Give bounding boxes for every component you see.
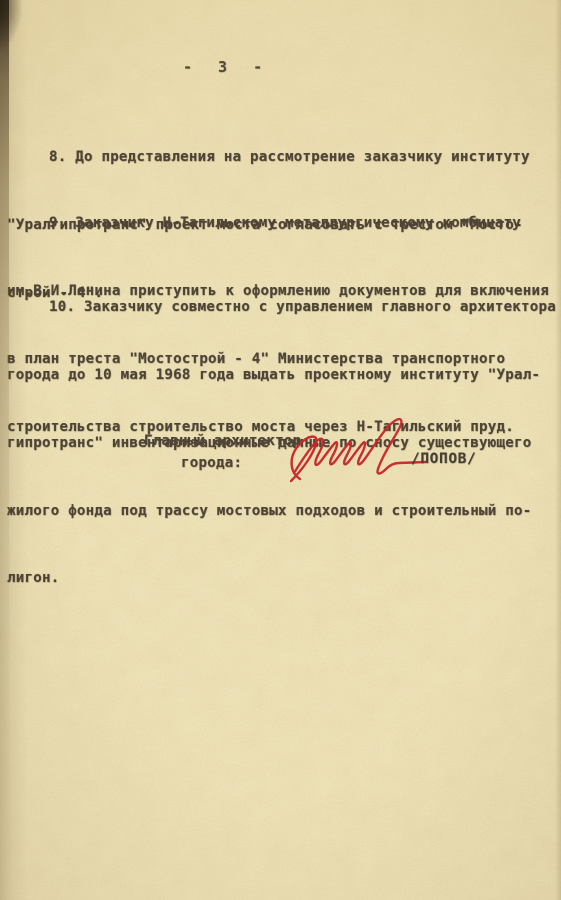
signature-scribble-icon [280, 413, 432, 487]
signatory-name: /ПОПОВ/ [411, 451, 476, 467]
document-line: города до 10 мая 1968 года выдать проект… [7, 364, 553, 387]
document-line: жилого фонда под трассу мостовых подходо… [7, 500, 553, 523]
document-line: 10. Заказчику совместно с управлением гл… [7, 296, 553, 319]
document-line: 8. До представления на рассмотрение зака… [7, 146, 553, 169]
page-number: - 3 - [183, 58, 264, 76]
top-left-corner-blot [0, 0, 23, 54]
document-line: 9. Заказчику Н-Тагильскому металлургичес… [7, 212, 553, 235]
right-edge-shadow [555, 0, 561, 900]
scanned-document-page: - 3 - 8. До представления на рассмотрени… [0, 0, 561, 900]
document-line: лигон. [7, 567, 553, 590]
